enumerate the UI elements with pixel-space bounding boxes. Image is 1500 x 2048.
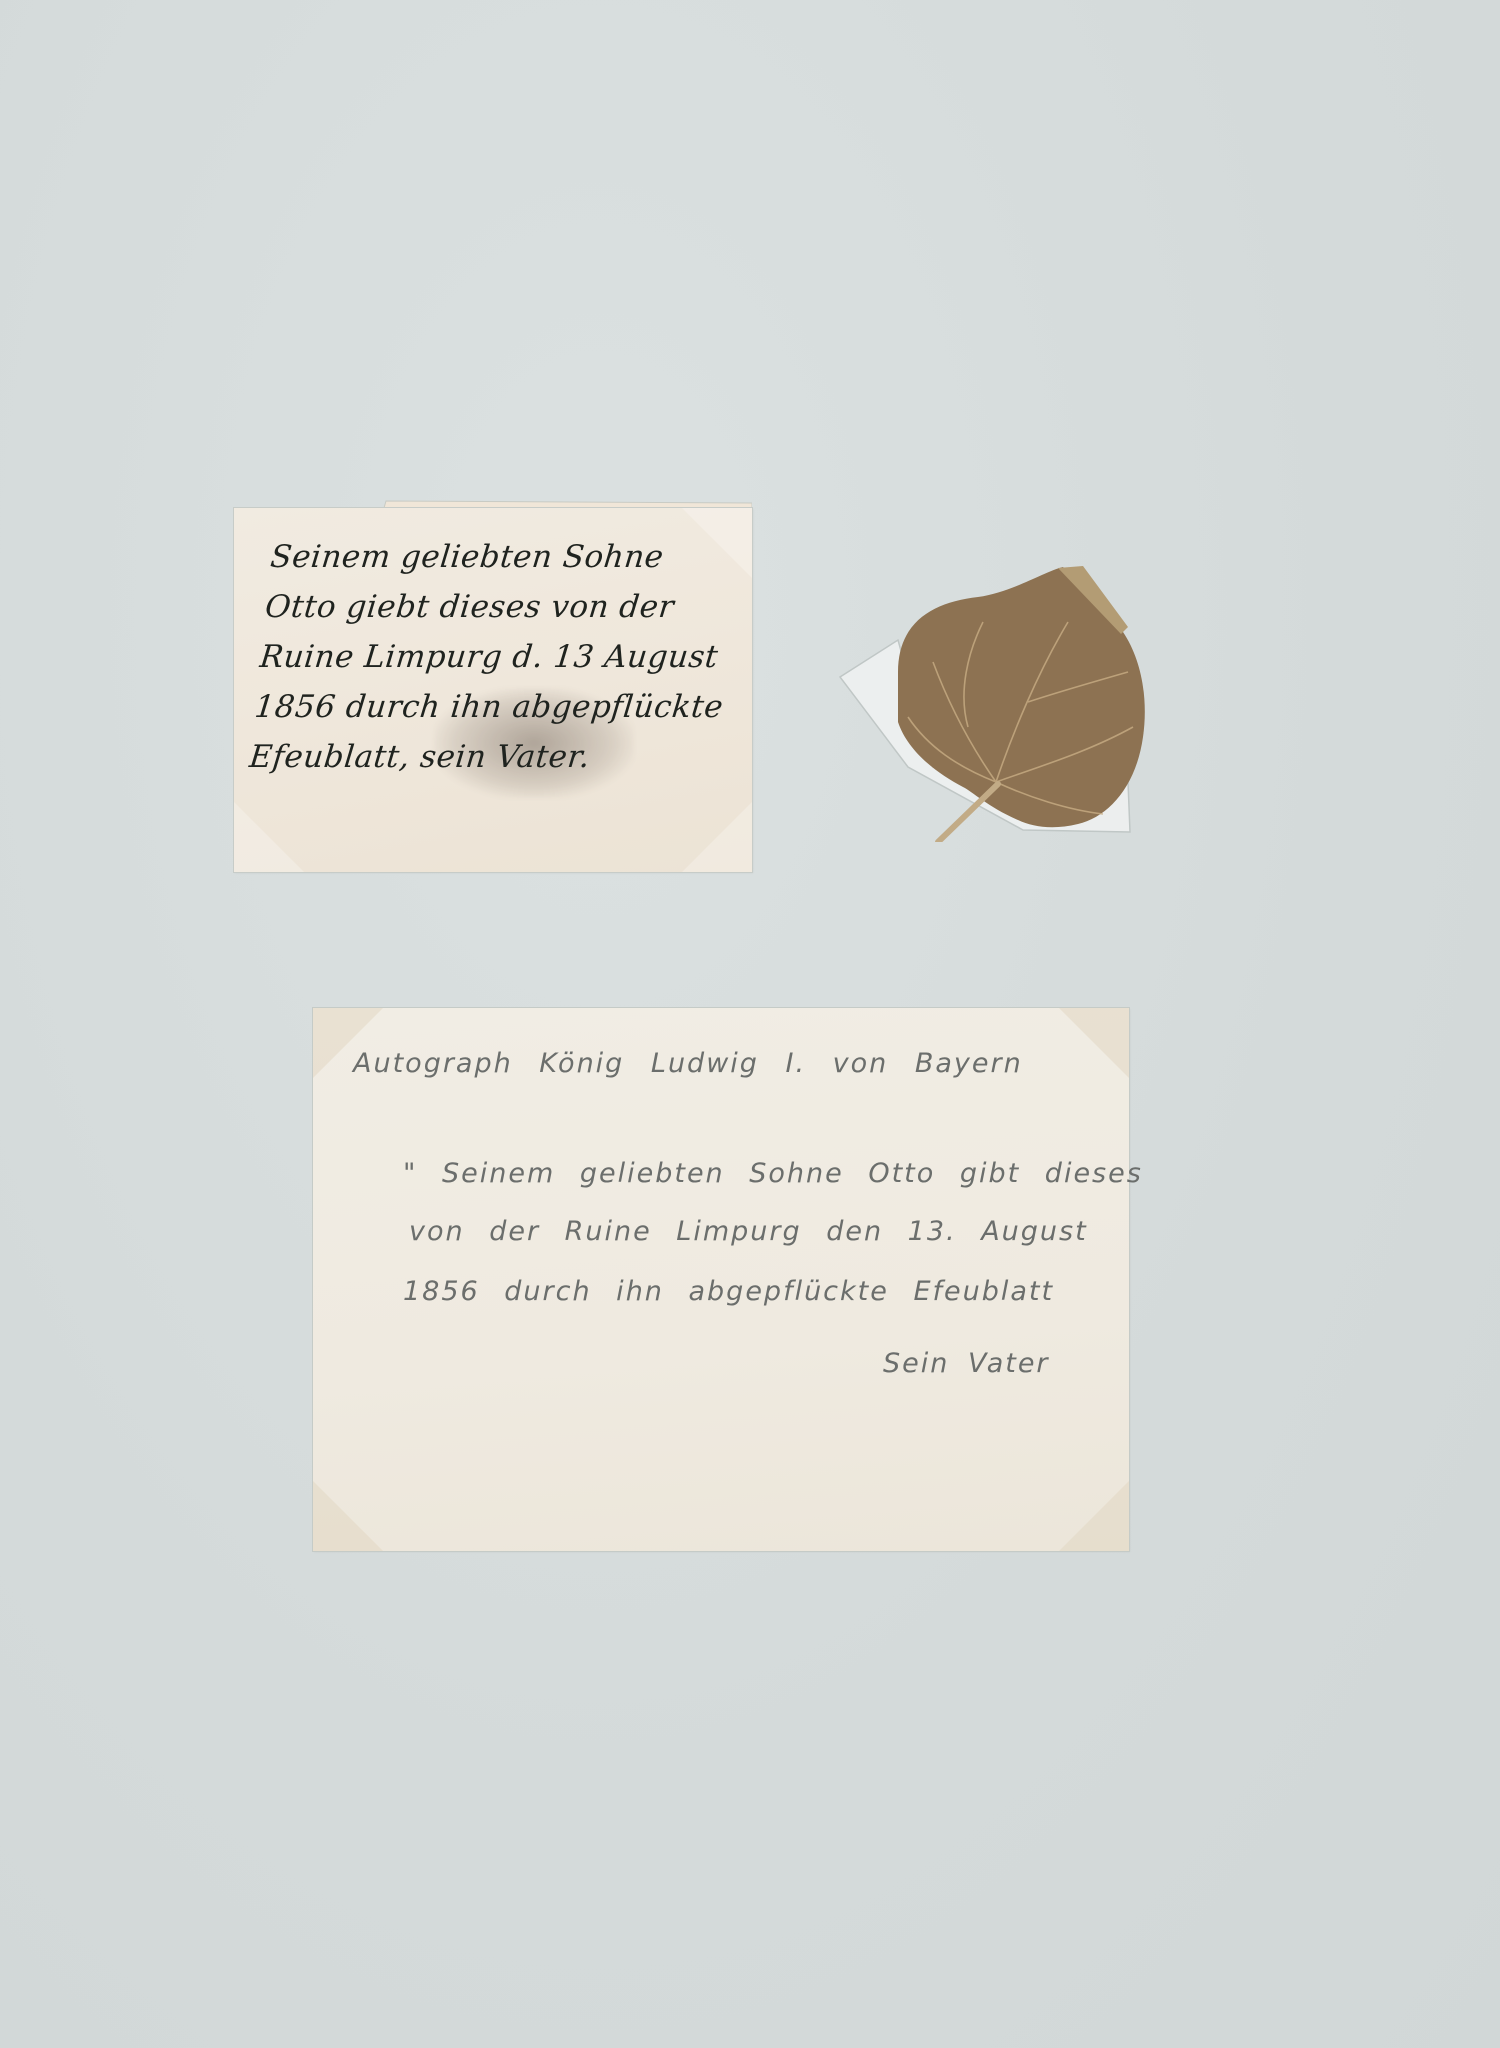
note-line: Ruine Limpurg d. 13 August xyxy=(257,632,730,682)
mount-board: Seinem geliebten Sohne Otto giebt dieses… xyxy=(0,0,1500,2048)
photo-corner-mount xyxy=(234,802,304,872)
photo-corner-mount xyxy=(682,802,752,872)
card-line: von der Ruine Limpurg den 13. August xyxy=(409,1216,1088,1247)
note-line: 1856 durch ihn abgepflückte xyxy=(252,682,725,732)
card-signature: Sein Vater xyxy=(883,1348,1050,1379)
transcription-card: Autograph König Ludwig I. von Bayern " S… xyxy=(313,1008,1129,1551)
photo-corner-mount xyxy=(1059,1008,1129,1078)
card-heading: Autograph König Ludwig I. von Bayern xyxy=(353,1048,1023,1079)
photo-corner-mount xyxy=(313,1481,383,1551)
card-line: 1856 durch ihn abgepflückte Efeublatt xyxy=(403,1276,1054,1307)
note-line: Otto giebt dieses von der xyxy=(263,582,736,632)
note-line: Efeublatt, sein Vater. xyxy=(247,732,720,782)
original-note: Seinem geliebten Sohne Otto giebt dieses… xyxy=(234,508,752,872)
pressed-ivy-leaf xyxy=(838,552,1148,842)
photo-corner-mount xyxy=(1059,1481,1129,1551)
note-line: Seinem geliebten Sohne xyxy=(268,532,741,582)
card-line: " Seinem geliebten Sohne Otto gibt diese… xyxy=(403,1158,1143,1189)
note-text: Seinem geliebten Sohne Otto giebt dieses… xyxy=(247,532,741,782)
leaf-icon xyxy=(838,552,1148,842)
